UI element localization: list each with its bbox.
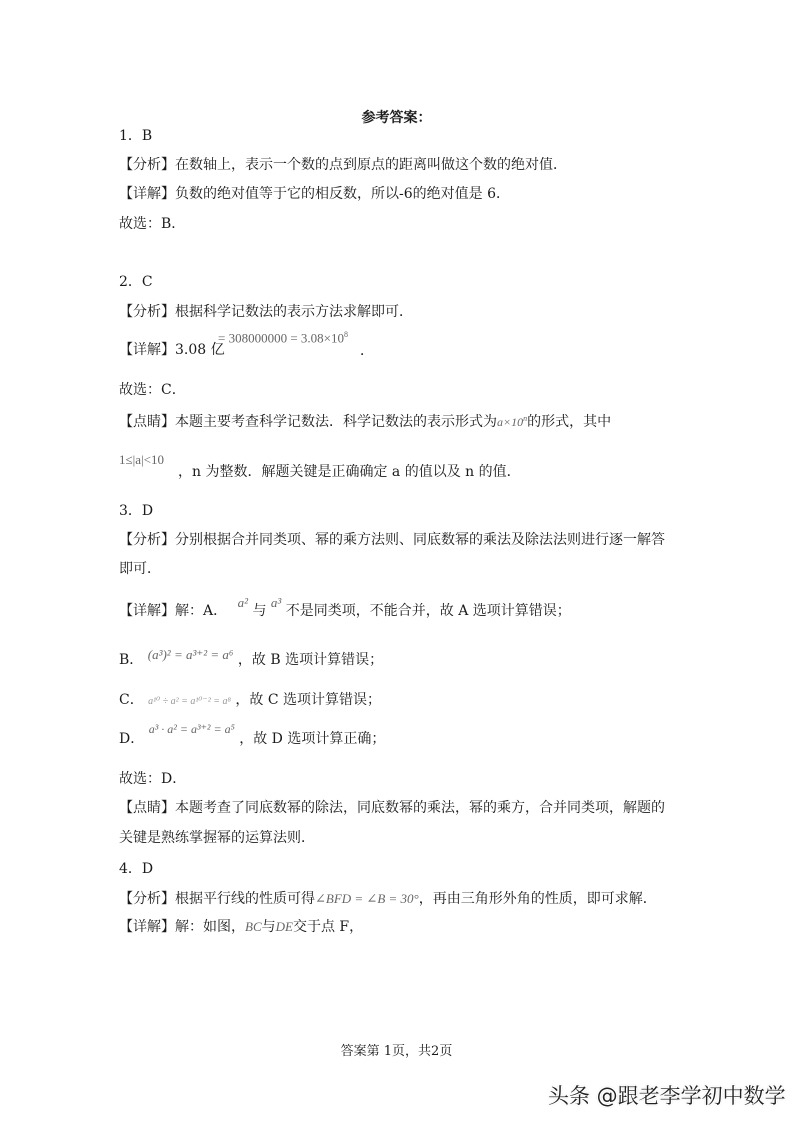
- q3-detail-suffix: 不是同类项，不能合并，故 A 选项计算错误；: [286, 603, 571, 619]
- q2-detail: 【详解】3.08 亿: [119, 341, 225, 359]
- option-label: B．: [119, 652, 143, 668]
- math-expression: a×10n: [497, 415, 527, 429]
- q2-comment-prefix: 【点睛】本题主要考查科学记数法．科学记数法的表示形式为: [119, 414, 497, 430]
- q4-detail: 【详解】解：如图，BC与DE交于点 F，: [119, 918, 363, 936]
- q2-answer: 2．C: [119, 273, 153, 291]
- q4-answer: 4．D: [119, 860, 153, 878]
- q3-choice: 故选：D．: [119, 770, 186, 788]
- q1-choice: 故选：B．: [119, 215, 185, 233]
- math-exponent: 8: [344, 330, 348, 339]
- math-expression: = 308000000 = 3.08×10: [218, 330, 344, 345]
- q4-detail-mid: 与: [262, 919, 276, 935]
- option-label: D．: [119, 731, 144, 747]
- q2-detail-suffix: ．: [360, 342, 374, 360]
- q4-analysis-suffix: ，再由三角形外角的性质，即可求解．: [419, 891, 657, 907]
- q4-analysis: 【分析】根据平行线的性质可得∠BFD = ∠B = 30°，再由三角形外角的性质…: [119, 890, 657, 908]
- math-a-squared: a²: [238, 595, 248, 610]
- q2-analysis: 【分析】根据科学记数法的表示方法求解即可．: [119, 303, 413, 321]
- q1-answer: 1．B: [119, 127, 152, 145]
- math-a-cubed: a³: [271, 595, 281, 610]
- q2-detail-prefix: 【详解】3.08 亿: [119, 342, 225, 358]
- math-expression: a³ · a² = a³⁺² = a⁵: [149, 722, 235, 736]
- q2-comment2-math: 1≤|a|<10: [119, 452, 164, 468]
- math-expression: a¹⁰ ÷ a² = a¹⁰⁻² = a⁸: [148, 696, 231, 707]
- option-label: C．: [119, 692, 144, 708]
- q3-answer: 3．D: [119, 502, 153, 520]
- q4-detail-prefix: 【详解】解：如图，: [119, 919, 245, 935]
- math-bc: BC: [245, 919, 262, 934]
- q4-analysis-prefix: 【分析】根据平行线的性质可得: [119, 891, 315, 907]
- q2-comment-suffix: 的形式，其中: [527, 414, 611, 430]
- q1-detail: 【详解】负数的绝对值等于它的相反数，所以-6的绝对值是 6．: [119, 185, 510, 203]
- page-footer: 答案第 1页，共2页: [0, 1040, 793, 1059]
- q3-comment-line1: 【点睛】本题考查了同底数幂的除法，同底数幂的乘法，幂的乘方，合并同类项，解题的: [119, 799, 665, 817]
- q3-option-c: C． a¹⁰ ÷ a² = a¹⁰⁻² = a⁸ ，故 C 选项计算错误；: [119, 691, 381, 711]
- q3-detail: 【详解】解：A． a² 与 a³ 不是同类项，不能合并，故 A 选项计算错误；: [119, 602, 571, 620]
- option-text: ，故 D 选项计算正确；: [239, 731, 385, 747]
- q2-detail-math: = 308000000 = 3.08×108: [218, 330, 348, 346]
- q4-detail-suffix: 交于点 F，: [293, 919, 363, 935]
- q2-choice: 故选：C．: [119, 381, 186, 399]
- q3-analysis-line1: 【分析】分别根据合并同类项、幂的乘方法则、同底数幂的乘法及除法法则进行逐一解答: [119, 531, 665, 549]
- math-de: DE: [276, 919, 293, 934]
- q2-comment: 【点睛】本题主要考查科学记数法．科学记数法的表示形式为a×10n的形式，其中: [119, 410, 611, 431]
- q3-detail-mid: 与: [252, 603, 266, 619]
- q1-analysis: 【分析】在数轴上，表示一个数的点到原点的距离叫做这个数的绝对值．: [119, 156, 567, 174]
- q3-option-d: D． a³ · a² = a³⁺² = a⁵ ，故 D 选项计算正确；: [119, 730, 385, 748]
- watermark: 头条 @跟老李学初中数学: [548, 1080, 786, 1110]
- math-expression: (a³)² = a³⁺² = a⁶: [148, 647, 234, 662]
- option-text: ，故 B 选项计算错误；: [238, 652, 383, 668]
- q3-detail-prefix: 【详解】解：A．: [119, 603, 227, 619]
- q2-comment2-text: ，n 为整数．解题关键是正确确定 a 的值以及 n 的值．: [178, 463, 521, 481]
- math-expression: ∠BFD = ∠B = 30°: [315, 891, 419, 906]
- q3-option-b: B． (a³)² = a³⁺² = a⁶ ，故 B 选项计算错误；: [119, 651, 383, 669]
- q3-comment-line2: 关键是熟练掌握幂的运算法则．: [119, 829, 315, 847]
- page-title: 参考答案：: [0, 107, 793, 127]
- q3-analysis-line2: 即可．: [119, 560, 161, 578]
- option-text: ，故 C 选项计算错误；: [235, 692, 381, 708]
